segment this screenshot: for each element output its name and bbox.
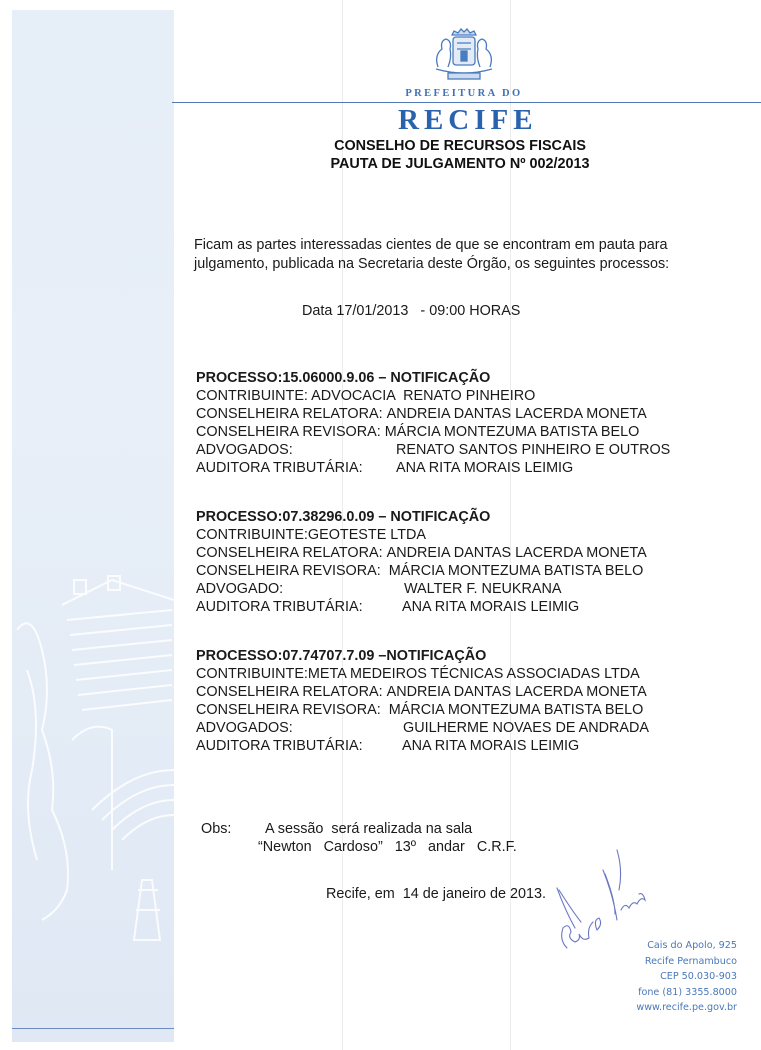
process-advogado: ADVOGADO:WALTER F. NEUKRANA (196, 580, 716, 598)
advogados-value: GUILHERME NOVAES DE ANDRADA (403, 719, 649, 737)
advogado-value: WALTER F. NEUKRANA (404, 580, 562, 598)
process-relatora: CONSELHEIRA RELATORA: ANDREIA DANTAS LAC… (196, 683, 716, 701)
obs-line-1: A sessão será realizada na sala (265, 820, 472, 838)
revisora-label: CONSELHEIRA REVISORA: (196, 423, 385, 441)
process-auditora: AUDITORA TRIBUTÁRIA:ANA RITA MORAIS LEIM… (196, 737, 716, 755)
address-website: www.recife.pe.gov.br (587, 1000, 737, 1016)
relatora-value: ANDREIA DANTAS LACERDA MONETA (387, 683, 647, 701)
process-revisora: CONSELHEIRA REVISORA: MÁRCIA MONTEZUMA B… (196, 562, 716, 580)
process-advogados: ADVOGADOS:RENATO SANTOS PINHEIRO E OUTRO… (196, 441, 716, 459)
contribuinte-text: CONTRIBUINTE:GEOTESTE LTDA (196, 526, 426, 544)
process-relatora: CONSELHEIRA RELATORA: ANDREIA DANTAS LAC… (196, 405, 716, 423)
process-contribuinte: CONTRIBUINTE:META MEDEIROS TÉCNICAS ASSO… (196, 665, 716, 683)
process-revisora: CONSELHEIRA REVISORA: MÁRCIA MONTEZUMA B… (196, 423, 716, 441)
city-coat-of-arms-icon (430, 27, 498, 83)
revisora-label: CONSELHEIRA REVISORA: (196, 562, 389, 580)
auditora-label: AUDITORA TRIBUTÁRIA: (196, 598, 402, 616)
relatora-label: CONSELHEIRA RELATORA: (196, 683, 387, 701)
city-watermark-icon (12, 10, 174, 1042)
process-advogados: ADVOGADOS:GUILHERME NOVAES DE ANDRADA (196, 719, 716, 737)
process-header: PROCESSO:15.06000.9.06 – NOTIFICAÇÃO (196, 369, 716, 387)
revisora-label: CONSELHEIRA REVISORA: (196, 701, 389, 719)
advogados-label: ADVOGADOS: (196, 441, 396, 459)
session-date: Data 17/01/2013 - 09:00 HORAS (302, 303, 520, 319)
process-header: PROCESSO:07.74707.7.09 –NOTIFICAÇÃO (196, 647, 716, 665)
auditora-label: AUDITORA TRIBUTÁRIA: (196, 459, 396, 477)
sidebar-bottom-rule (12, 1028, 174, 1029)
title-line-1: CONSELHO DE RECURSOS FISCAIS (300, 137, 620, 155)
auditora-value: ANA RITA MORAIS LEIMIG (402, 737, 579, 755)
process-auditora: AUDITORA TRIBUTÁRIA:ANA RITA MORAIS LEIM… (196, 459, 716, 477)
address-phone: fone (81) 3355.8000 (587, 985, 737, 1001)
process-block: PROCESSO:15.06000.9.06 – NOTIFICAÇÃO CON… (196, 369, 716, 477)
document-title: CONSELHO DE RECURSOS FISCAIS PAUTA DE JU… (300, 137, 620, 173)
process-relatora: CONSELHEIRA RELATORA: ANDREIA DANTAS LAC… (196, 544, 716, 562)
relatora-value: ANDREIA DANTAS LACERDA MONETA (387, 405, 647, 423)
advogado-label: ADVOGADO: (196, 580, 404, 598)
revisora-value: MÁRCIA MONTEZUMA BATISTA BELO (389, 562, 644, 580)
contribuinte-text: CONTRIBUINTE: ADVOCACIA RENATO PINHEIRO (196, 387, 535, 405)
letterhead-sidebar (12, 10, 174, 1042)
relatora-label: CONSELHEIRA RELATORA: (196, 544, 387, 562)
process-block: PROCESSO:07.74707.7.09 –NOTIFICAÇÃO CONT… (196, 647, 716, 755)
process-revisora: CONSELHEIRA REVISORA: MÁRCIA MONTEZUMA B… (196, 701, 716, 719)
header-rule (172, 102, 761, 103)
address-cep: CEP 50.030-903 (587, 969, 737, 985)
process-auditora: AUDITORA TRIBUTÁRIA:ANA RITA MORAIS LEIM… (196, 598, 716, 616)
advogados-value: RENATO SANTOS PINHEIRO E OUTROS (396, 441, 670, 459)
letterhead-city: RECIFE (398, 104, 530, 137)
obs-label: Obs: (201, 820, 231, 838)
contribuinte-text: CONTRIBUINTE:META MEDEIROS TÉCNICAS ASSO… (196, 665, 640, 683)
letterhead-prefeitura: PREFEITURA DO (398, 88, 530, 99)
advogados-label: ADVOGADOS: (196, 719, 403, 737)
relatora-label: CONSELHEIRA RELATORA: (196, 405, 387, 423)
auditora-value: ANA RITA MORAIS LEIMIG (402, 598, 579, 616)
auditora-label: AUDITORA TRIBUTÁRIA: (196, 737, 402, 755)
handwritten-signature-icon (545, 830, 655, 960)
obs-line-2: “Newton Cardoso” 13º andar C.R.F. (258, 838, 517, 856)
process-contribuinte: CONTRIBUINTE:GEOTESTE LTDA (196, 526, 716, 544)
revisora-value: MÁRCIA MONTEZUMA BATISTA BELO (389, 701, 644, 719)
process-header: PROCESSO:07.38296.0.09 – NOTIFICAÇÃO (196, 508, 716, 526)
relatora-value: ANDREIA DANTAS LACERDA MONETA (387, 544, 647, 562)
auditora-value: ANA RITA MORAIS LEIMIG (396, 459, 573, 477)
place-date-closing: Recife, em 14 de janeiro de 2013. (326, 886, 546, 902)
revisora-value: MÁRCIA MONTEZUMA BATISTA BELO (385, 423, 640, 441)
process-contribuinte: CONTRIBUINTE: ADVOCACIA RENATO PINHEIRO (196, 387, 716, 405)
title-line-2: PAUTA DE JULGAMENTO Nº 002/2013 (300, 155, 620, 173)
intro-paragraph: Ficam as partes interessadas cientes de … (194, 236, 734, 274)
process-block: PROCESSO:07.38296.0.09 – NOTIFICAÇÃO CON… (196, 508, 716, 616)
